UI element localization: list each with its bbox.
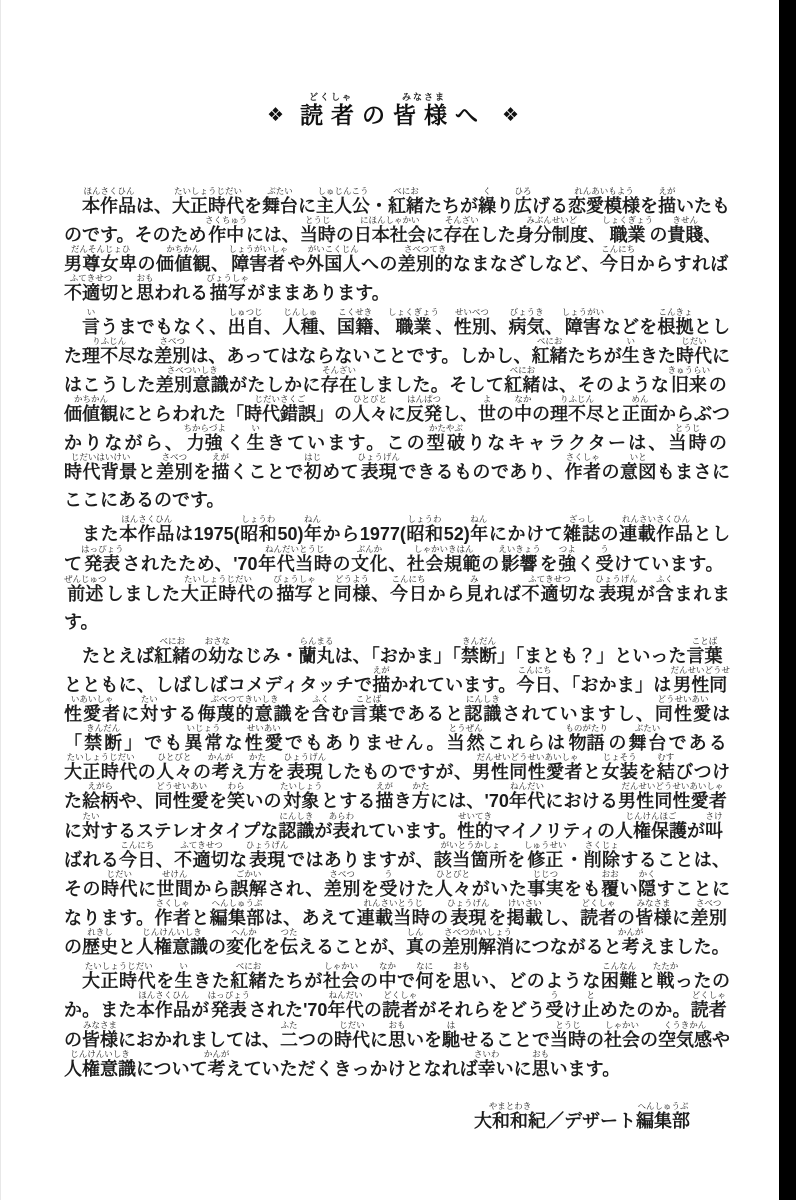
page-right-edge-black-bar [779,0,796,1200]
signature-line: 大和和紀やまとわき／デザート編集部へんしゅうぶ [64,1101,690,1133]
paragraph: また本作品ほんさくひんは1975(昭和しょうわ50)年ねんから1977(昭和しょ… [64,514,730,636]
paragraph: 言いうまでもなく、出自しゅつじ、人種じんしゅ、国籍こくせき、職業しょくぎょう、性… [64,307,730,514]
page-title-text: 読者どくしゃの皆様みなさまへ [300,102,486,128]
page-title: ❖読者どくしゃの皆様みなさまへ❖ [30,92,756,130]
paragraph: たとえば紅緒べにおの幼おさななじみ・蘭丸らんまるは、「おかま」「禁断きんだん」「… [64,636,730,961]
paragraph: 本作品ほんさくひんは、大正時代たいしょうじだいを舞台ぶたいに主人公しゅじんこう・… [64,186,730,307]
notice-body: 本作品ほんさくひんは、大正時代たいしょうじだいを舞台ぶたいに主人公しゅじんこう・… [64,186,730,1083]
diamond-ornament-icon: ❖ [502,105,519,126]
diamond-ornament-icon: ❖ [267,105,284,126]
page-left-edge [0,0,1,1200]
paragraph: 大正時代たいしょうじだいを生いきた紅緒べにおたちが社会しゃかいの中なかで何なにを… [64,961,730,1083]
book-page: ❖読者どくしゃの皆様みなさまへ❖ 本作品ほんさくひんは、大正時代たいしょうじだい… [0,0,796,1200]
